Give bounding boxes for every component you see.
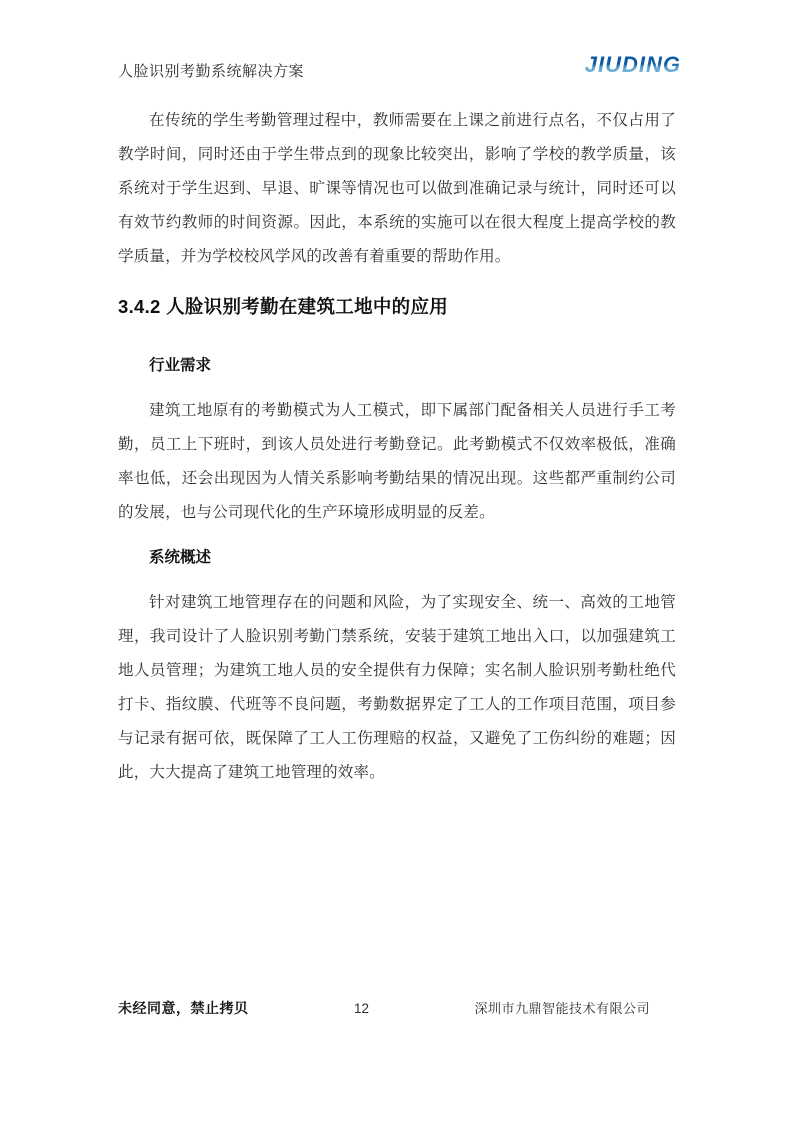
document-page: 人脸识别考勤系统解决方案 JIUDING 在传统的学生考勤管理过程中，教师需要在… bbox=[0, 0, 793, 1122]
system-overview-paragraph: 针对建筑工地管理存在的问题和风险，为了实现安全、统一、高效的工地管理，我司设计了… bbox=[118, 586, 676, 790]
page-number: 12 bbox=[354, 1001, 369, 1016]
jiuding-logo: JIUDING bbox=[585, 52, 681, 78]
section-heading-342: 3.4.2 人脸识别考勤在建筑工地中的应用 bbox=[118, 294, 676, 320]
intro-paragraph: 在传统的学生考勤管理过程中，教师需要在上课之前进行点名，不仅占用了教学时间，同时… bbox=[118, 104, 676, 274]
sub-heading-industry-demand: 行业需求 bbox=[118, 354, 676, 378]
company-name: 深圳市九鼎智能技术有限公司 bbox=[474, 998, 650, 1017]
page-footer: 未经同意，禁止拷贝 12 深圳市九鼎智能技术有限公司 bbox=[118, 998, 676, 1018]
page-header: 人脸识别考勤系统解决方案 JIUDING bbox=[118, 52, 681, 81]
copy-prohibition-notice: 未经同意，禁止拷贝 bbox=[118, 998, 249, 1018]
document-body: 在传统的学生考勤管理过程中，教师需要在上课之前进行点名，不仅占用了教学时间，同时… bbox=[118, 104, 676, 790]
sub-heading-system-overview: 系统概述 bbox=[118, 546, 676, 570]
header-title: 人脸识别考勤系统解决方案 bbox=[118, 52, 304, 81]
industry-demand-paragraph: 建筑工地原有的考勤模式为人工模式，即下属部门配备相关人员进行手工考勤，员工上下班… bbox=[118, 394, 676, 530]
